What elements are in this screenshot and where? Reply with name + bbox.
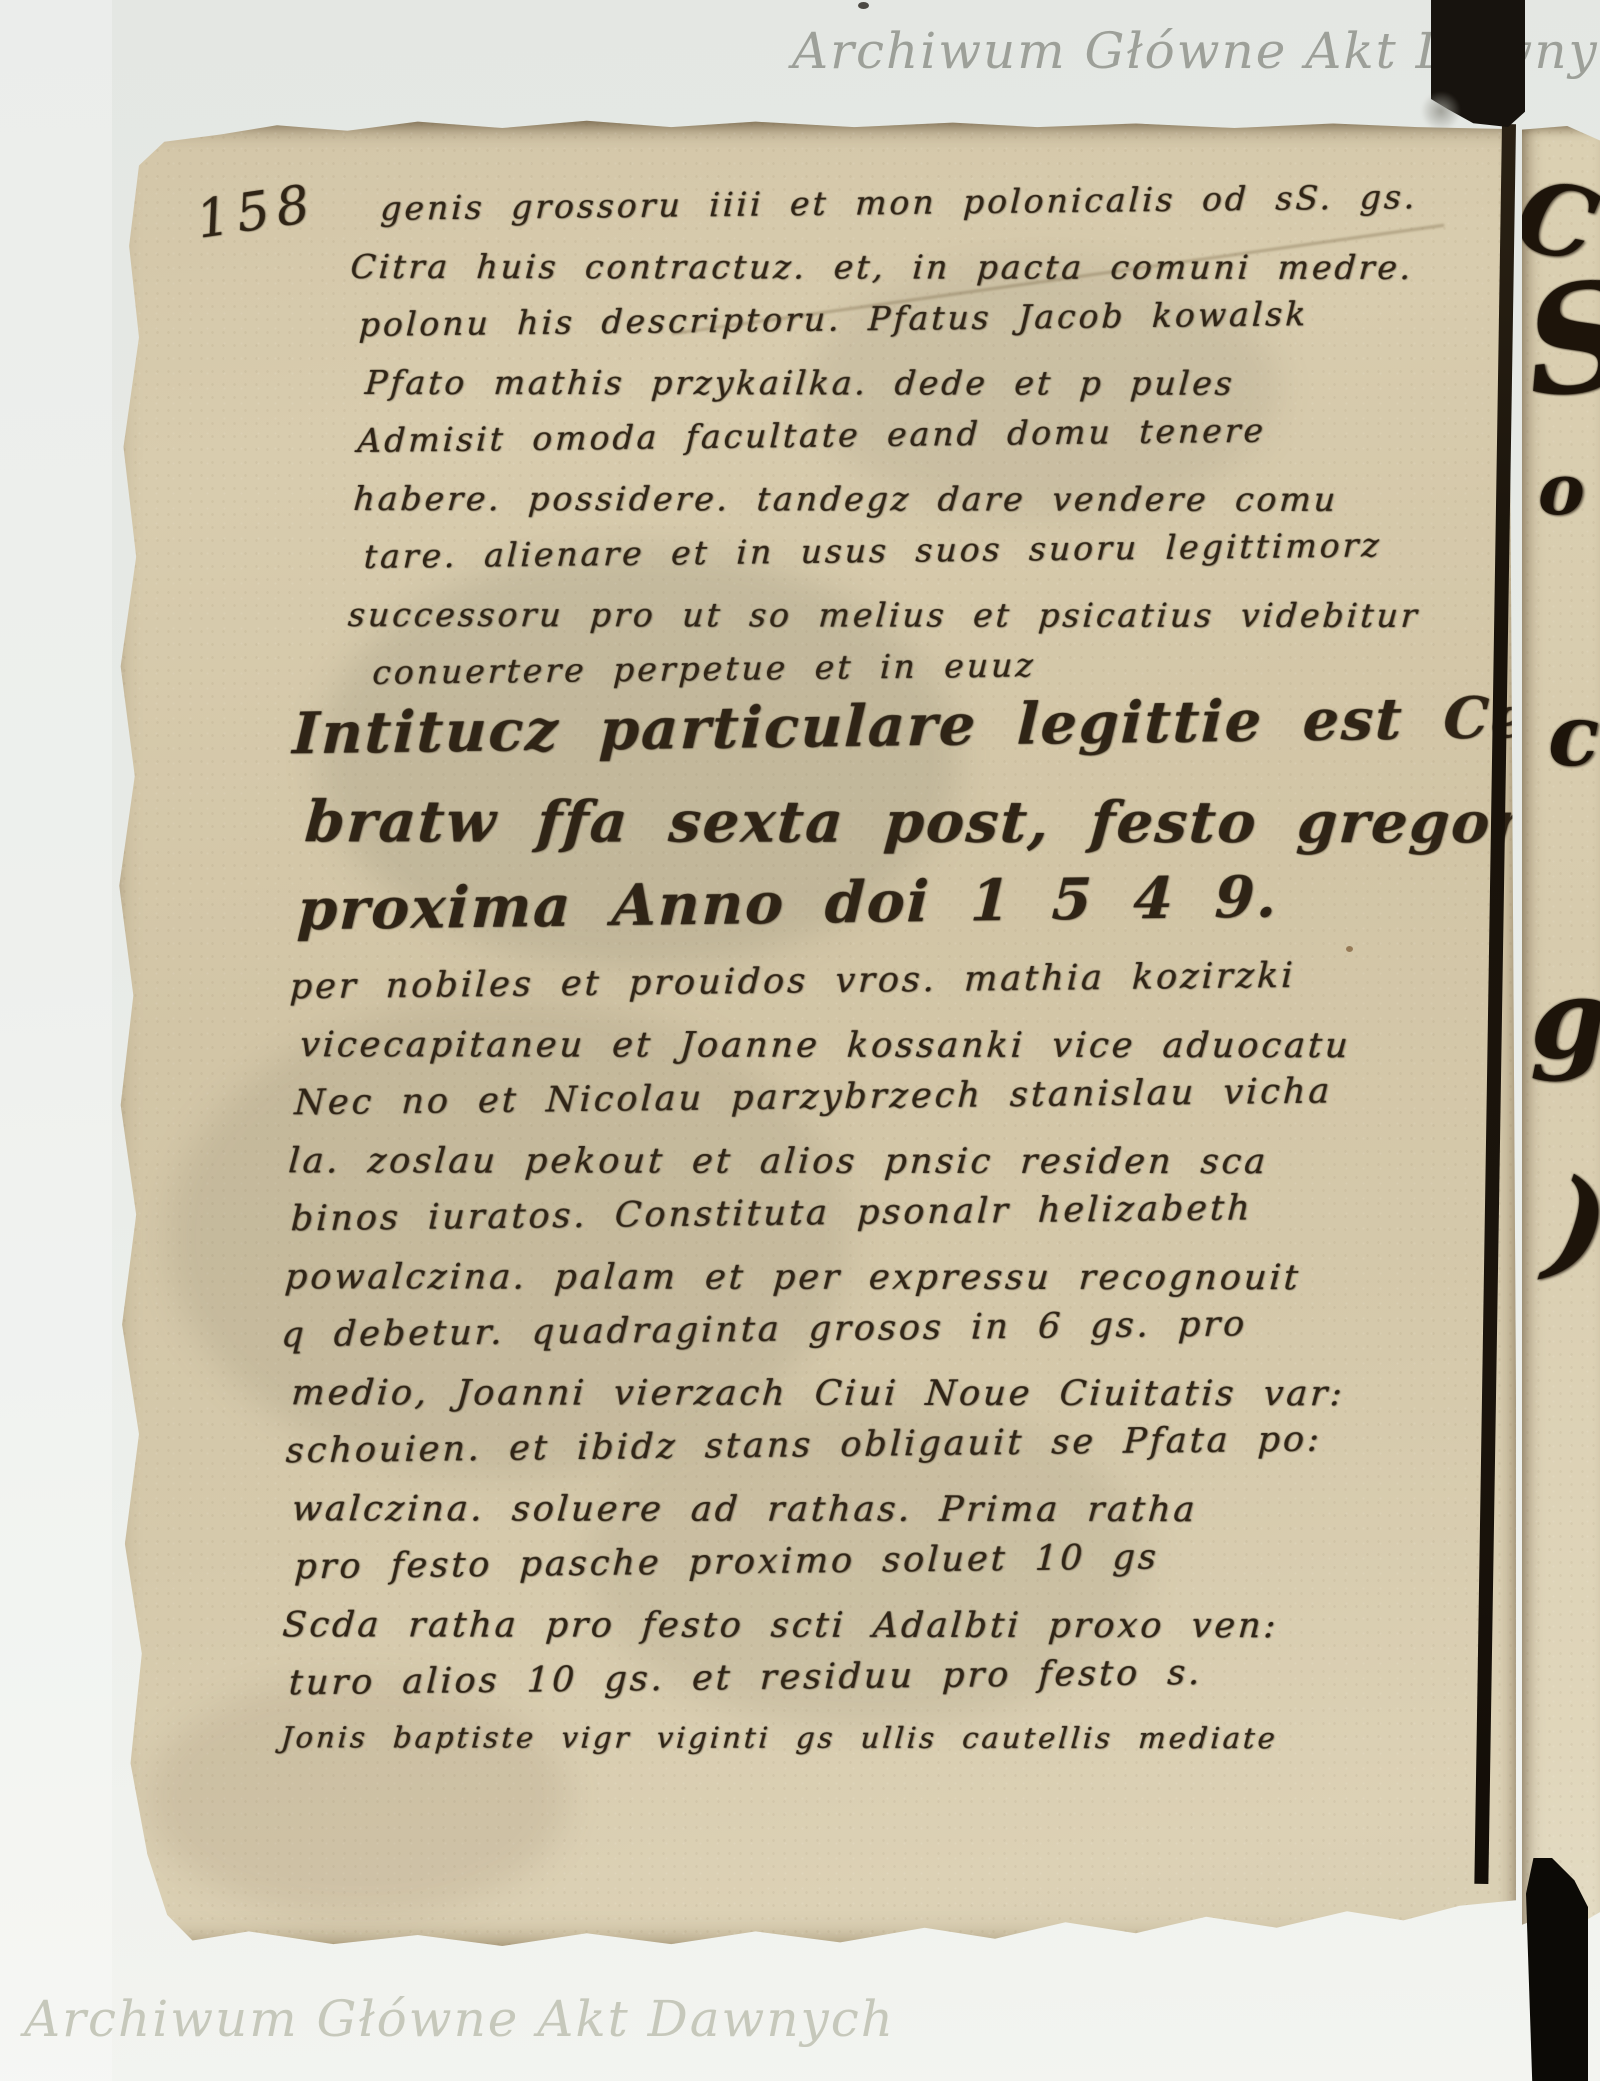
text-line: per nobiles et prouidos vros. mathia koz… xyxy=(289,944,1509,1016)
heading: Intitucz particulare legittie est Cele, … xyxy=(107,685,1508,955)
page-content: 158 genis grossoru iiii et mon polonical… xyxy=(104,115,1520,1949)
text-line: genis grossoru iiii et mon polonicalis o… xyxy=(379,167,1505,238)
speck xyxy=(858,2,869,9)
adjacent-page: C S o c g ) xyxy=(1522,126,1600,1932)
ink-fragment: g xyxy=(1530,954,1600,1083)
heading-line: proxima Anno doi 1 5 4 9. xyxy=(296,850,1509,954)
text-line: tare. alienare et in usus suos suoru leg… xyxy=(363,515,1507,586)
tape-smudge xyxy=(1420,92,1462,130)
speck xyxy=(1056,1930,1062,1936)
speck xyxy=(1346,946,1353,952)
text-line: Jonis baptiste vigr viginti gs ullis cau… xyxy=(279,1712,1513,1763)
text-line: binos iuratos. Constituta psonalr heliza… xyxy=(290,1176,1510,1248)
watermark-bottom: Archiwum Główne Akt Dawnych xyxy=(24,1990,895,2048)
heading-line: Intitucz particulare legittie est Cele, xyxy=(291,674,1508,778)
text-line: polonu his descriptoru. Pfatus Jacob kow… xyxy=(358,283,1506,354)
archive-scan: Archiwum Główne Akt Dawnych Archiwum Głó… xyxy=(0,0,1600,2081)
ink-fragment: c xyxy=(1548,686,1599,785)
paragraph-1: genis grossoru iiii et mon polonicalis o… xyxy=(104,175,1506,703)
text-line: Admisit omoda facultate eand domu tenere xyxy=(356,399,1506,470)
paragraph-2: per nobiles et prouidos vros. mathia koz… xyxy=(108,953,1511,1763)
ink-fragment: ) xyxy=(1540,1151,1600,1299)
text-line: pro festo pasche proximo soluet 10 gs xyxy=(293,1524,1511,1596)
text-line: Nec no et Nicolau parzybrzech stanislau … xyxy=(293,1060,1509,1132)
ink-fragment: S xyxy=(1522,247,1600,431)
ink-fragment: o xyxy=(1538,448,1585,531)
manuscript-page: 158 genis grossoru iiii et mon polonical… xyxy=(108,118,1516,1946)
binding-shadow xyxy=(1526,1858,1588,2081)
scanner-bed-strip xyxy=(0,0,112,2081)
